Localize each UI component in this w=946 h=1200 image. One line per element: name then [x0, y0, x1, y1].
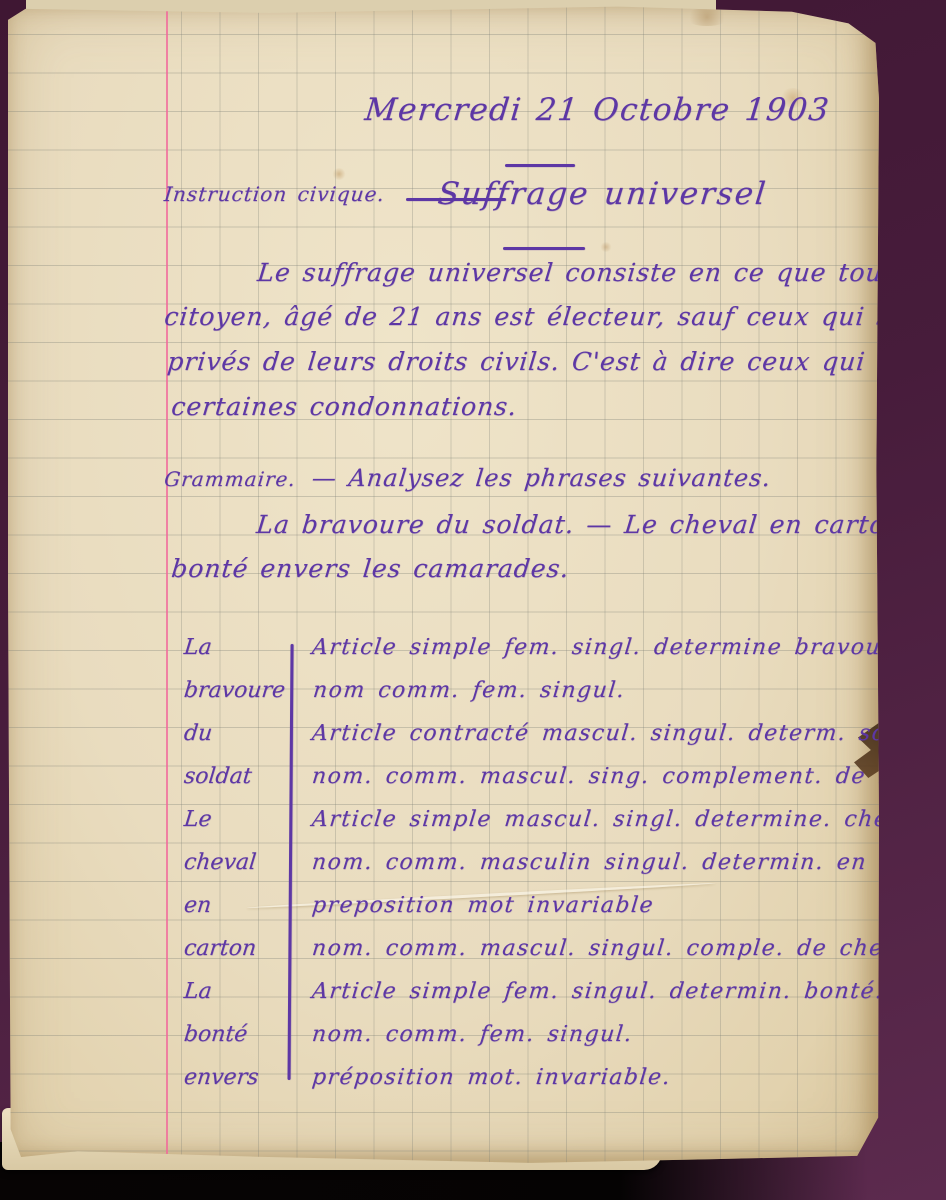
grammar-instruction: — Analysez les phrases suivantes. [310, 464, 772, 492]
analysis-cell: preposition mot invariable [311, 893, 656, 918]
analysis-cell: Article simple fem. singl. determine bra… [311, 635, 909, 660]
analysis-cell: préposition mot. invariable. [311, 1065, 673, 1090]
separator-dash-under-title [503, 247, 585, 250]
analysis-cell: nom. comm. masculin singul. determin. en [311, 850, 869, 875]
paper-stain [684, 8, 730, 26]
analysis-cell: Article simple mascul. singl. determine.… [311, 807, 936, 832]
sentence-line: bonté envers les camarades. [170, 554, 571, 583]
analysis-row: bonté nom. comm. fem. singul. [184, 1022, 884, 1065]
word-cell: bravoure [183, 678, 287, 703]
separator-dash-under-date [505, 164, 575, 167]
analysis-row: La Article simple fem. singul. determin.… [184, 979, 884, 1022]
word-cell: cheval [183, 850, 286, 875]
word-cell: du [183, 721, 286, 746]
analysis-row: Le Article simple mascul. singl. determi… [184, 807, 884, 850]
analysis-row: en preposition mot invariable [184, 893, 884, 936]
word-cell: La [183, 979, 286, 1004]
word-cell: envers [183, 1065, 286, 1090]
word-cell: carton [183, 936, 286, 961]
date-heading: Mercredi 21 Octobre 1903 [363, 92, 832, 128]
word-cell: Le [183, 807, 286, 832]
analysis-row: carton nom. comm. mascul. singul. comple… [184, 936, 884, 979]
analysis-row: du Article contracté mascul. singul. det… [184, 721, 884, 764]
paragraph-line: Le suffrage universel consiste en ce que… [256, 258, 895, 287]
section-label-grammaire: Grammaire.— Analysez les phrases suivant… [163, 464, 773, 492]
analysis-cell: nom. comm. fem. singul. [311, 1022, 634, 1047]
section-label-instruction-civique: Instruction civique. [163, 182, 386, 206]
paragraph-line: certaines condonnations. [170, 392, 519, 421]
word-cell: bonté [183, 1022, 286, 1047]
analysis-row: envers préposition mot. invariable. [184, 1065, 884, 1108]
sentence-line: La bravoure du soldat. — Le cheval en ca… [255, 510, 946, 539]
paper-stain [332, 168, 346, 180]
grammar-label: Grammaire. [163, 467, 297, 491]
word-cell: soldat [183, 764, 286, 789]
lesson-title: Suffrage universel [436, 176, 769, 212]
analysis-row: soldat nom. comm. mascul. sing. compleme… [184, 764, 884, 807]
analysis-row: bravoure nom comm. fem. singul. [184, 678, 884, 721]
analysis-cell: nom. comm. mascul. singul. comple. de ch… [311, 936, 931, 961]
analysis-cell: nom comm. fem. singul. [312, 678, 627, 703]
paragraph-line: privés de leurs droits civils. C'est à d… [166, 347, 946, 376]
word-cell: La [183, 635, 286, 660]
analysis-row: La Article simple fem. singl. determine … [184, 635, 884, 678]
analysis-cell: Article simple fem. singul. determin. bo… [311, 979, 885, 1004]
paper-stain [600, 242, 612, 252]
margin-line [166, 6, 168, 1164]
word-cell: en [183, 893, 286, 918]
paragraph-line: citoyen, âgé de 21 ans est électeur, sau… [163, 302, 936, 331]
analysis-row: cheval nom. comm. masculin singul. deter… [184, 850, 884, 893]
analysis-cell: Article contracté mascul. singul. determ… [311, 721, 937, 746]
analysis-table: La Article simple fem. singl. determine … [184, 635, 884, 1108]
analysis-cell: nom. comm. mascul. sing. complement. de … [311, 764, 946, 789]
notebook-page: Mercredi 21 Octobre 1903 Instruction civ… [8, 6, 879, 1164]
